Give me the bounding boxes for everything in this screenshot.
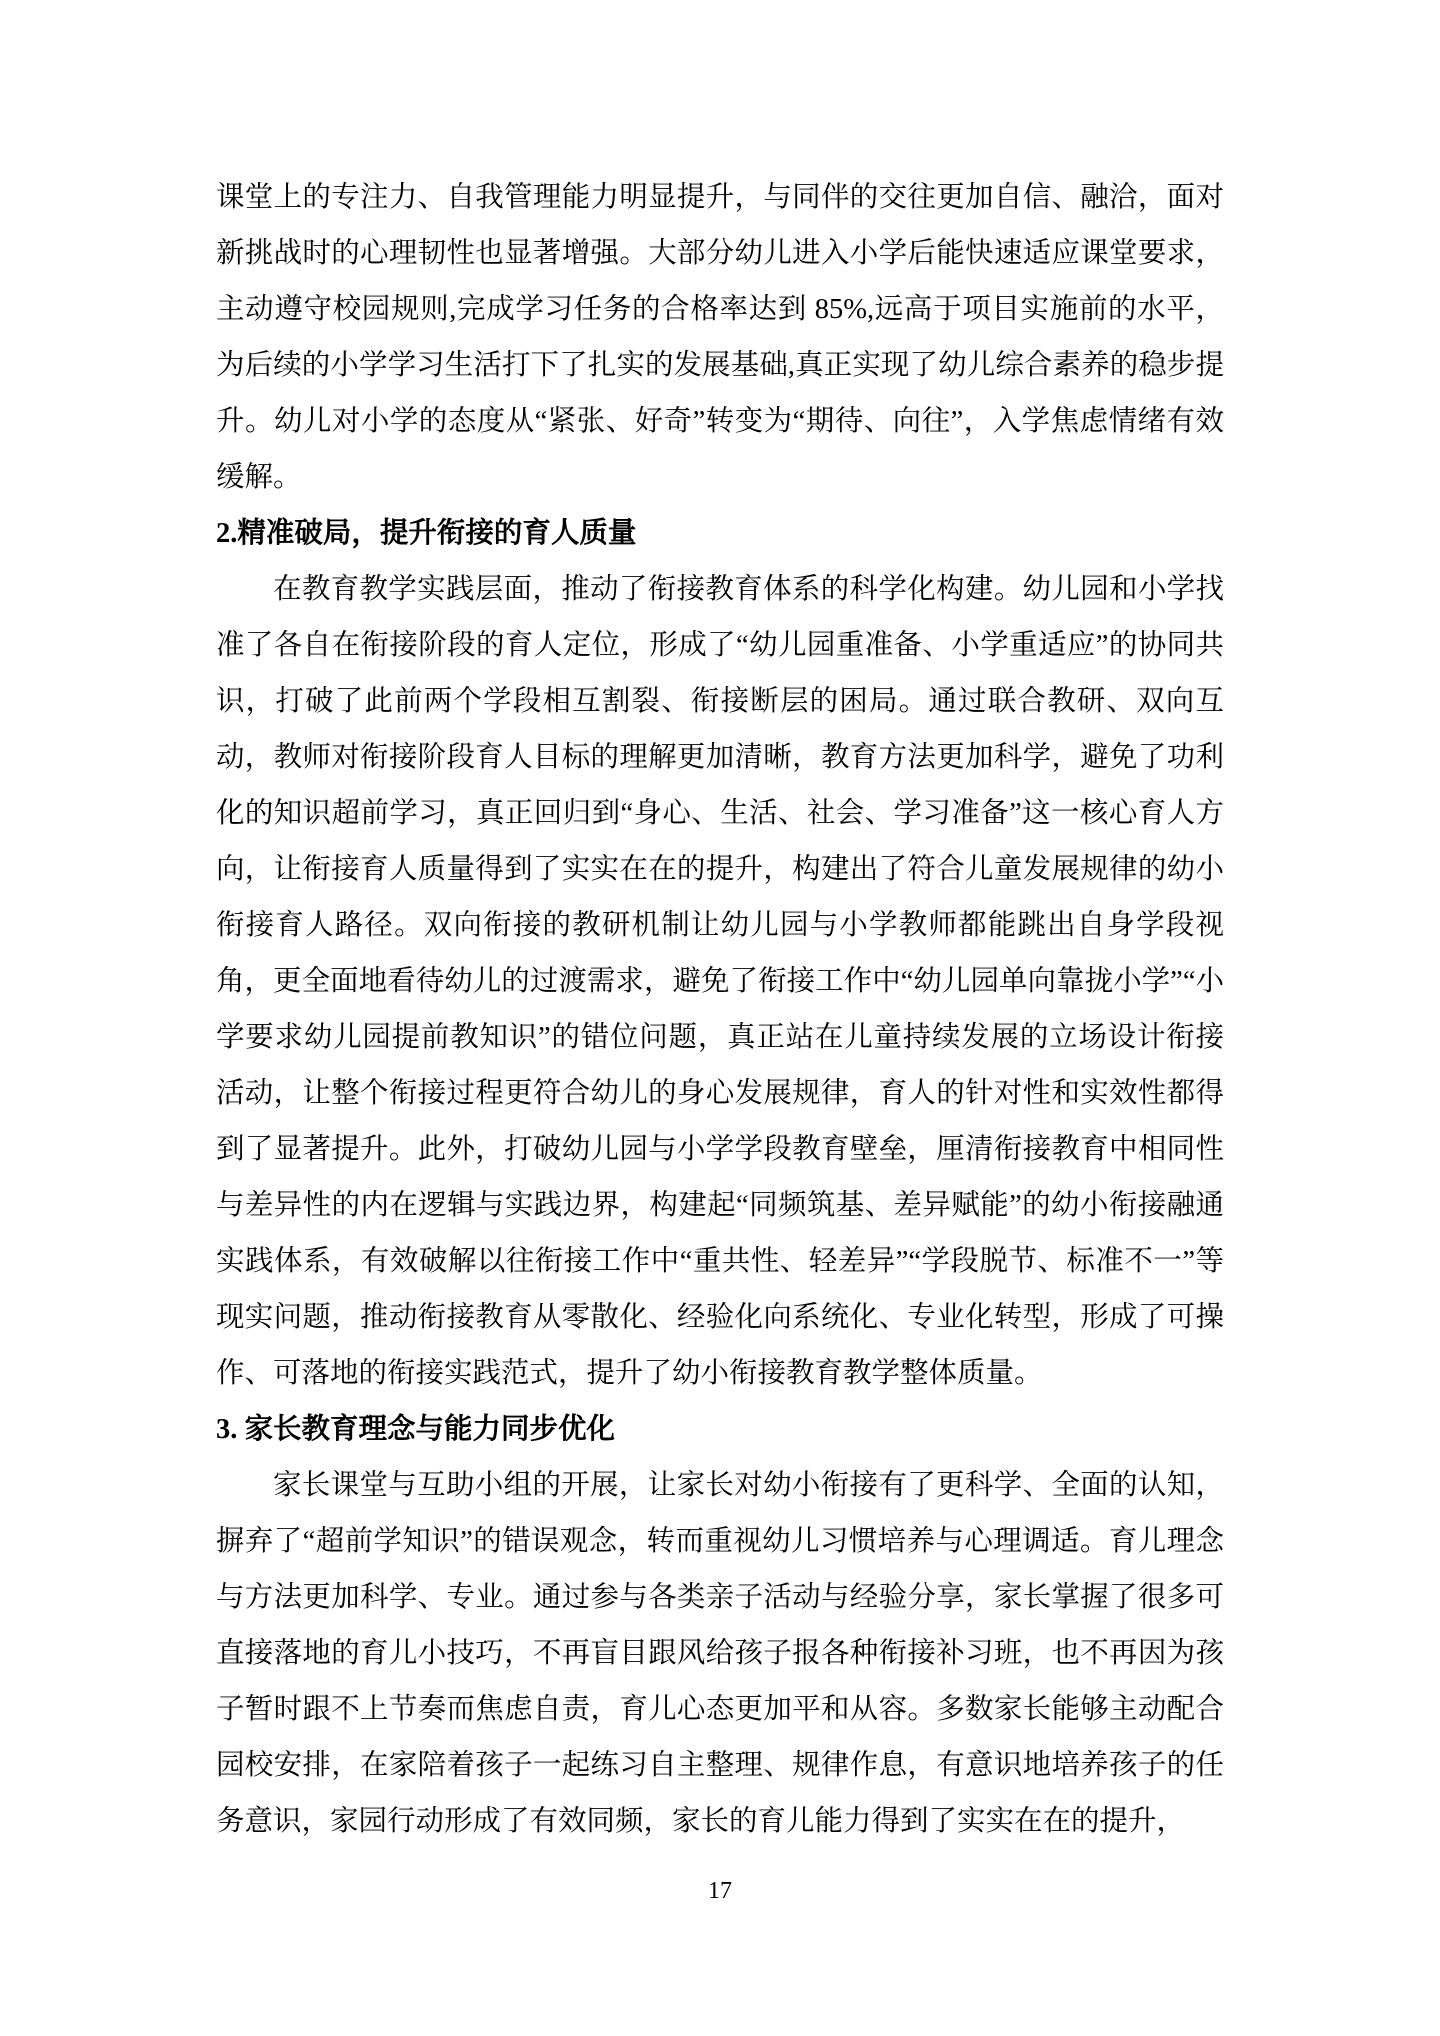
section-heading-3: 3. 家长教育理念与能力同步优化 (216, 1402, 1224, 1458)
paragraph-parent-education: 家长课堂与互助小组的开展，让家长对幼小衔接有了更科学、全面的认知，摒弃了“超前学… (216, 1458, 1224, 1850)
page-body: 课堂上的专注力、自我管理能力明显提升，与同伴的交往更加自信、融洽，面对新挑战时的… (216, 170, 1224, 1850)
paragraph-teaching-quality: 在教育教学实践层面，推动了衔接教育体系的科学化构建。幼儿园和小学找准了各自在衔接… (216, 562, 1224, 1402)
paragraph-outcomes-children: 课堂上的专注力、自我管理能力明显提升，与同伴的交往更加自信、融洽，面对新挑战时的… (216, 170, 1224, 506)
page-number: 17 (0, 1876, 1440, 1906)
section-heading-2: 2.精准破局，提升衔接的育人质量 (216, 506, 1224, 562)
document-page: 课堂上的专注力、自我管理能力明显提升，与同伴的交往更加自信、融洽，面对新挑战时的… (0, 0, 1440, 2036)
